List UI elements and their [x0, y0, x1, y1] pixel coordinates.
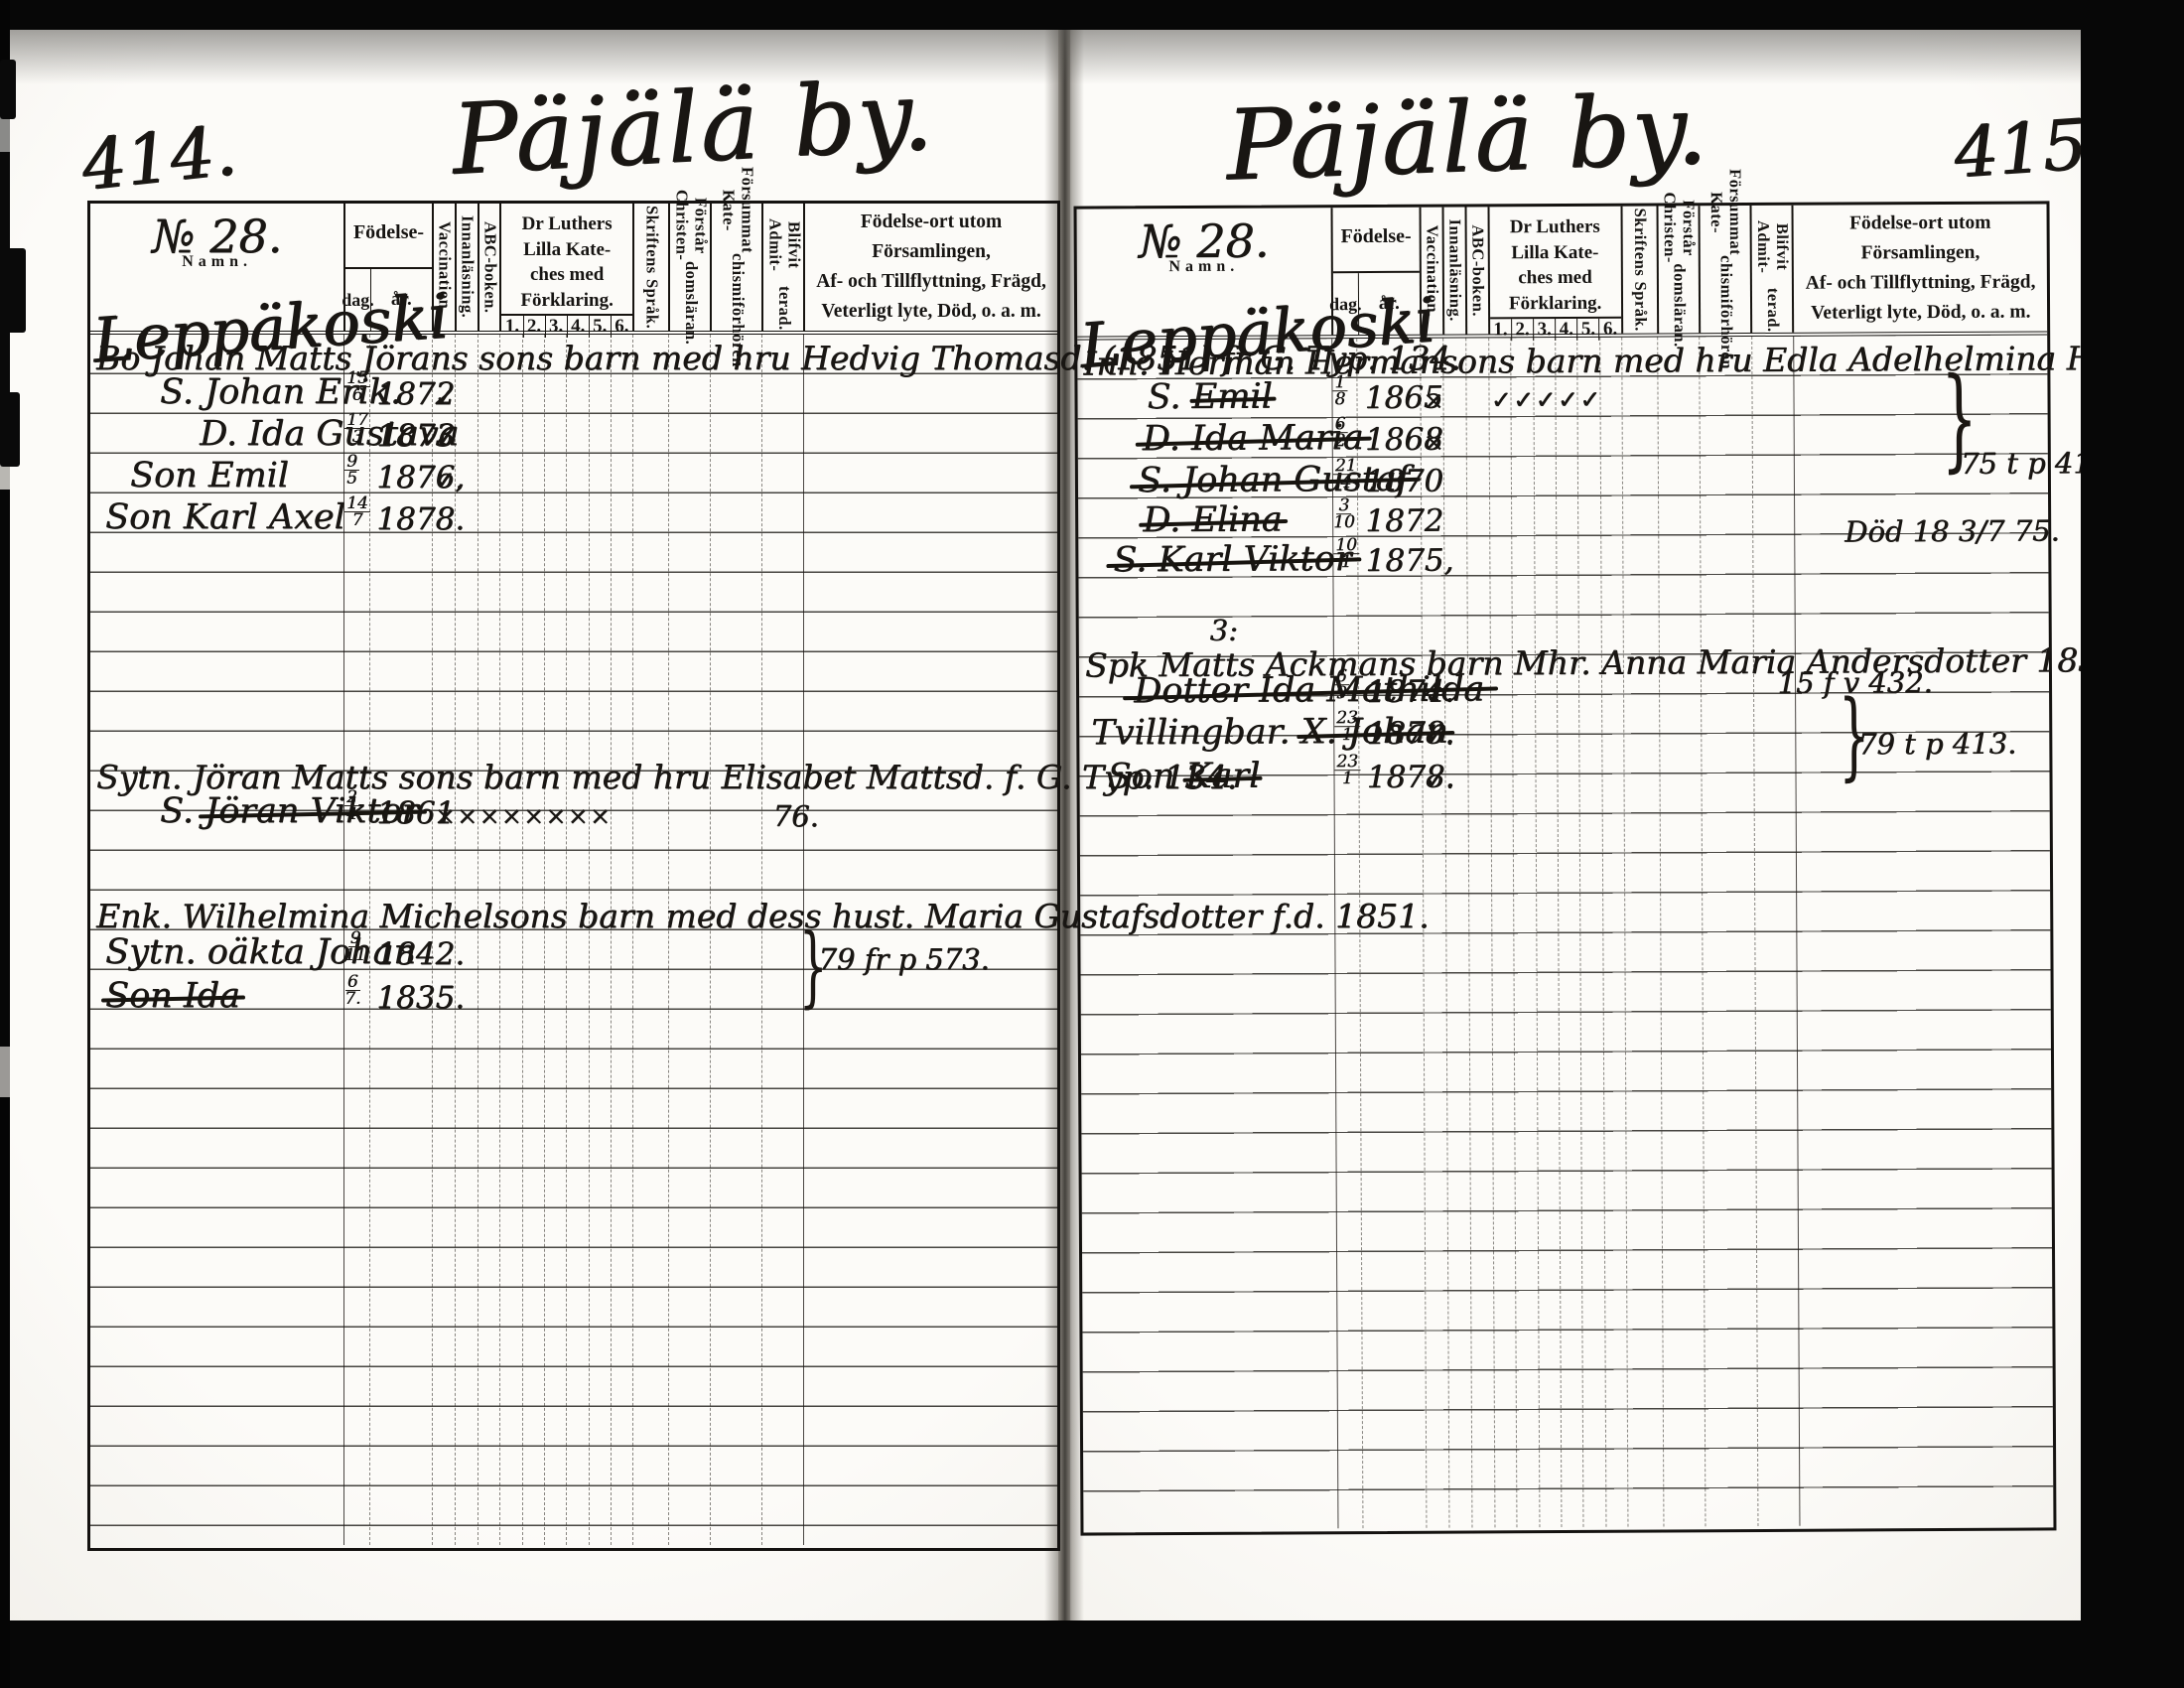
person-row: Son Ida67.1835. — [90, 980, 1057, 1024]
column-skriftens-sprak: Skriftens Språk. — [632, 204, 669, 331]
column-forsummat-katechismiforhoren: Försummat Kate-chismiförhören — [1699, 206, 1751, 333]
column-skriftens-sprak: Skriftens Språk. — [1620, 207, 1657, 334]
person-name: Son Karl Axel — [105, 497, 345, 537]
column-forsummat-katechismiforhoren: Försummat Kate-chismiförhören — [710, 204, 761, 331]
birth-year: 1878. — [376, 501, 465, 537]
record-mark: ✓ — [1558, 385, 1578, 414]
birth-day-fraction: 101 — [1333, 537, 1359, 570]
birth-day-fraction: 62 — [1333, 416, 1348, 449]
margin-note: Död 18 3/7 75. — [1844, 513, 2060, 548]
record-mark: × — [435, 801, 456, 830]
person-name: S. Emil — [1147, 377, 1272, 418]
birth-day-fraction: 69 — [1334, 668, 1349, 701]
birth-day-fraction: 214 — [1333, 458, 1359, 491]
birth-day-fraction: 67. — [344, 974, 360, 1007]
column-namn: № 28. Namn. Leppäkoski — [1077, 208, 1332, 336]
ledger-table-left: № 28. Namn. Leppäkoski Födelse- dag. år.… — [87, 201, 1060, 1551]
record-mark: × — [568, 801, 589, 830]
record-mark: ✓ — [1535, 385, 1556, 414]
scan-border-bottom — [0, 1620, 2184, 1688]
record-mark: × — [501, 801, 522, 830]
record-mark: × — [457, 801, 478, 830]
column-forstar-christendomslaran: Förstår Christen-domsläran. — [1657, 206, 1700, 333]
column-forstar-christendomslaran: Förstår Christen-domsläran. — [668, 204, 710, 331]
column-blifvit-admitterad: Blifvit Admit-terad. — [761, 204, 803, 331]
person-name: Son Karl — [1107, 757, 1260, 797]
table-body-right: Inh. Herman Hermansons barn med hru Edla… — [1077, 335, 2053, 1529]
birth-year: 1835. — [376, 980, 465, 1016]
record-mark: × — [523, 801, 544, 830]
column-remarks: Födelse-ort utom Församlingen,Af- och Ti… — [1792, 204, 2047, 332]
birth-year: 1872 — [1365, 503, 1443, 539]
ledger-table-right: № 28. Namn. Leppäkoski Födelse- dag. år.… — [1074, 201, 2057, 1535]
column-kateches: Dr Luthers Lilla Kate-ches med Förklarin… — [1487, 207, 1621, 335]
table-header: № 28. Namn. Leppäkoski Födelse- dag. år.… — [90, 204, 1057, 335]
scan-artifact — [0, 248, 26, 333]
vaccination-mark: ✓. — [1425, 766, 1453, 794]
birth-day-fraction: 231 — [1334, 710, 1360, 743]
person-row: Son Karl Axel1471878. — [90, 501, 1057, 545]
birth-day-fraction: 24 — [344, 789, 359, 822]
birth-day-fraction: 173 — [344, 412, 370, 445]
birth-year: 1875, — [1365, 543, 1453, 579]
column-abc-boken: ABC-boken. — [1464, 207, 1488, 334]
scan-border-right — [2081, 0, 2184, 1688]
column-innanlasning: Innanläsning. — [455, 204, 478, 331]
column-remarks: Födelse-ort utom Församlingen,Af- och Ti… — [803, 204, 1057, 331]
page-number-left: 414. — [77, 109, 240, 207]
record-mark: × — [545, 801, 566, 830]
birth-day-fraction: 231 — [1334, 754, 1360, 786]
fodelse-label: Födelse- — [345, 204, 432, 267]
margin-note: 76. — [773, 799, 819, 833]
scan-artifact — [0, 392, 20, 467]
birth-day-fraction: 147 — [344, 495, 370, 528]
vaccination-mark: ✓. — [435, 466, 464, 494]
person-row: Son Karl2311878.✓. — [1079, 756, 2049, 804]
namn-label: Namn. — [90, 253, 343, 271]
scan-artifact — [0, 60, 16, 119]
person-name: D. Ida Maria — [1143, 418, 1364, 459]
margin-note: 3: — [1210, 614, 1238, 647]
birth-year: 1842. — [376, 936, 465, 972]
table-header: № 28. Namn. Leppäkoski Födelse- dag. år.… — [1077, 204, 2048, 340]
fodelse-label: Födelse- — [1332, 208, 1419, 271]
column-kateches: Dr Luthers Lilla Kate-ches med Förklarin… — [499, 204, 631, 331]
vaccination-mark: ✓. — [1425, 722, 1453, 751]
person-name: D. Elina — [1143, 499, 1283, 540]
birth-day-fraction: 911 — [344, 930, 366, 963]
namn-label: Namn. — [1077, 257, 1331, 276]
birth-day-fraction: 18 — [1332, 374, 1347, 407]
vaccination-mark: ✓ — [1425, 680, 1445, 709]
column-abc-boken: ABC-boken. — [478, 204, 500, 331]
column-innanlasning: Innanläsning. — [1441, 208, 1465, 335]
scan-shadow — [0, 30, 2184, 84]
vaccination-mark: × — [1423, 428, 1443, 457]
birth-day-fraction: 156 — [344, 370, 370, 403]
birth-day-fraction: 95 — [344, 454, 359, 487]
person-name: Son Emil — [130, 456, 289, 495]
record-mark: ✓ — [1491, 385, 1512, 414]
margin-note: 79 fr p 573. — [818, 942, 989, 976]
person-row: S. Jöran Viktor241861×××××××× — [90, 795, 1057, 839]
vaccination-mark: ✓ — [435, 424, 456, 453]
record-mark: ✓ — [1579, 385, 1600, 414]
table-body-left: Bo Johan Matts Jörans sons barn med hru … — [90, 335, 1057, 1545]
ledger-book-scan: 414. Päjälä by. Päjälä by. 415. № 28. Na… — [0, 0, 2184, 1688]
column-blifvit-admitterad: Blifvit Admit-terad. — [1750, 206, 1793, 333]
record-mark: ✓ — [1513, 385, 1534, 414]
household-header-line: Inh. Herman Hermansons barn med hru Edla… — [1083, 337, 2184, 383]
record-mark: × — [590, 801, 611, 830]
margin-note: 15 f v 432. — [1777, 665, 1932, 700]
column-namn: № 28. Namn. Leppäkoski — [90, 204, 343, 331]
vaccination-mark: ✓ — [435, 382, 456, 411]
person-name: S. Karl Viktor — [1113, 539, 1351, 580]
birth-day-fraction: 310 — [1333, 497, 1355, 530]
birth-year: 1870 — [1365, 464, 1443, 499]
vaccination-mark: × — [1423, 386, 1443, 415]
record-mark: × — [478, 801, 499, 830]
page-title-right: Päjälä by. — [1224, 73, 1710, 204]
person-name: Son Ida — [105, 976, 240, 1016]
person-name: Sytn. oäkta Johan — [105, 932, 416, 972]
scan-border-top — [0, 0, 2184, 30]
